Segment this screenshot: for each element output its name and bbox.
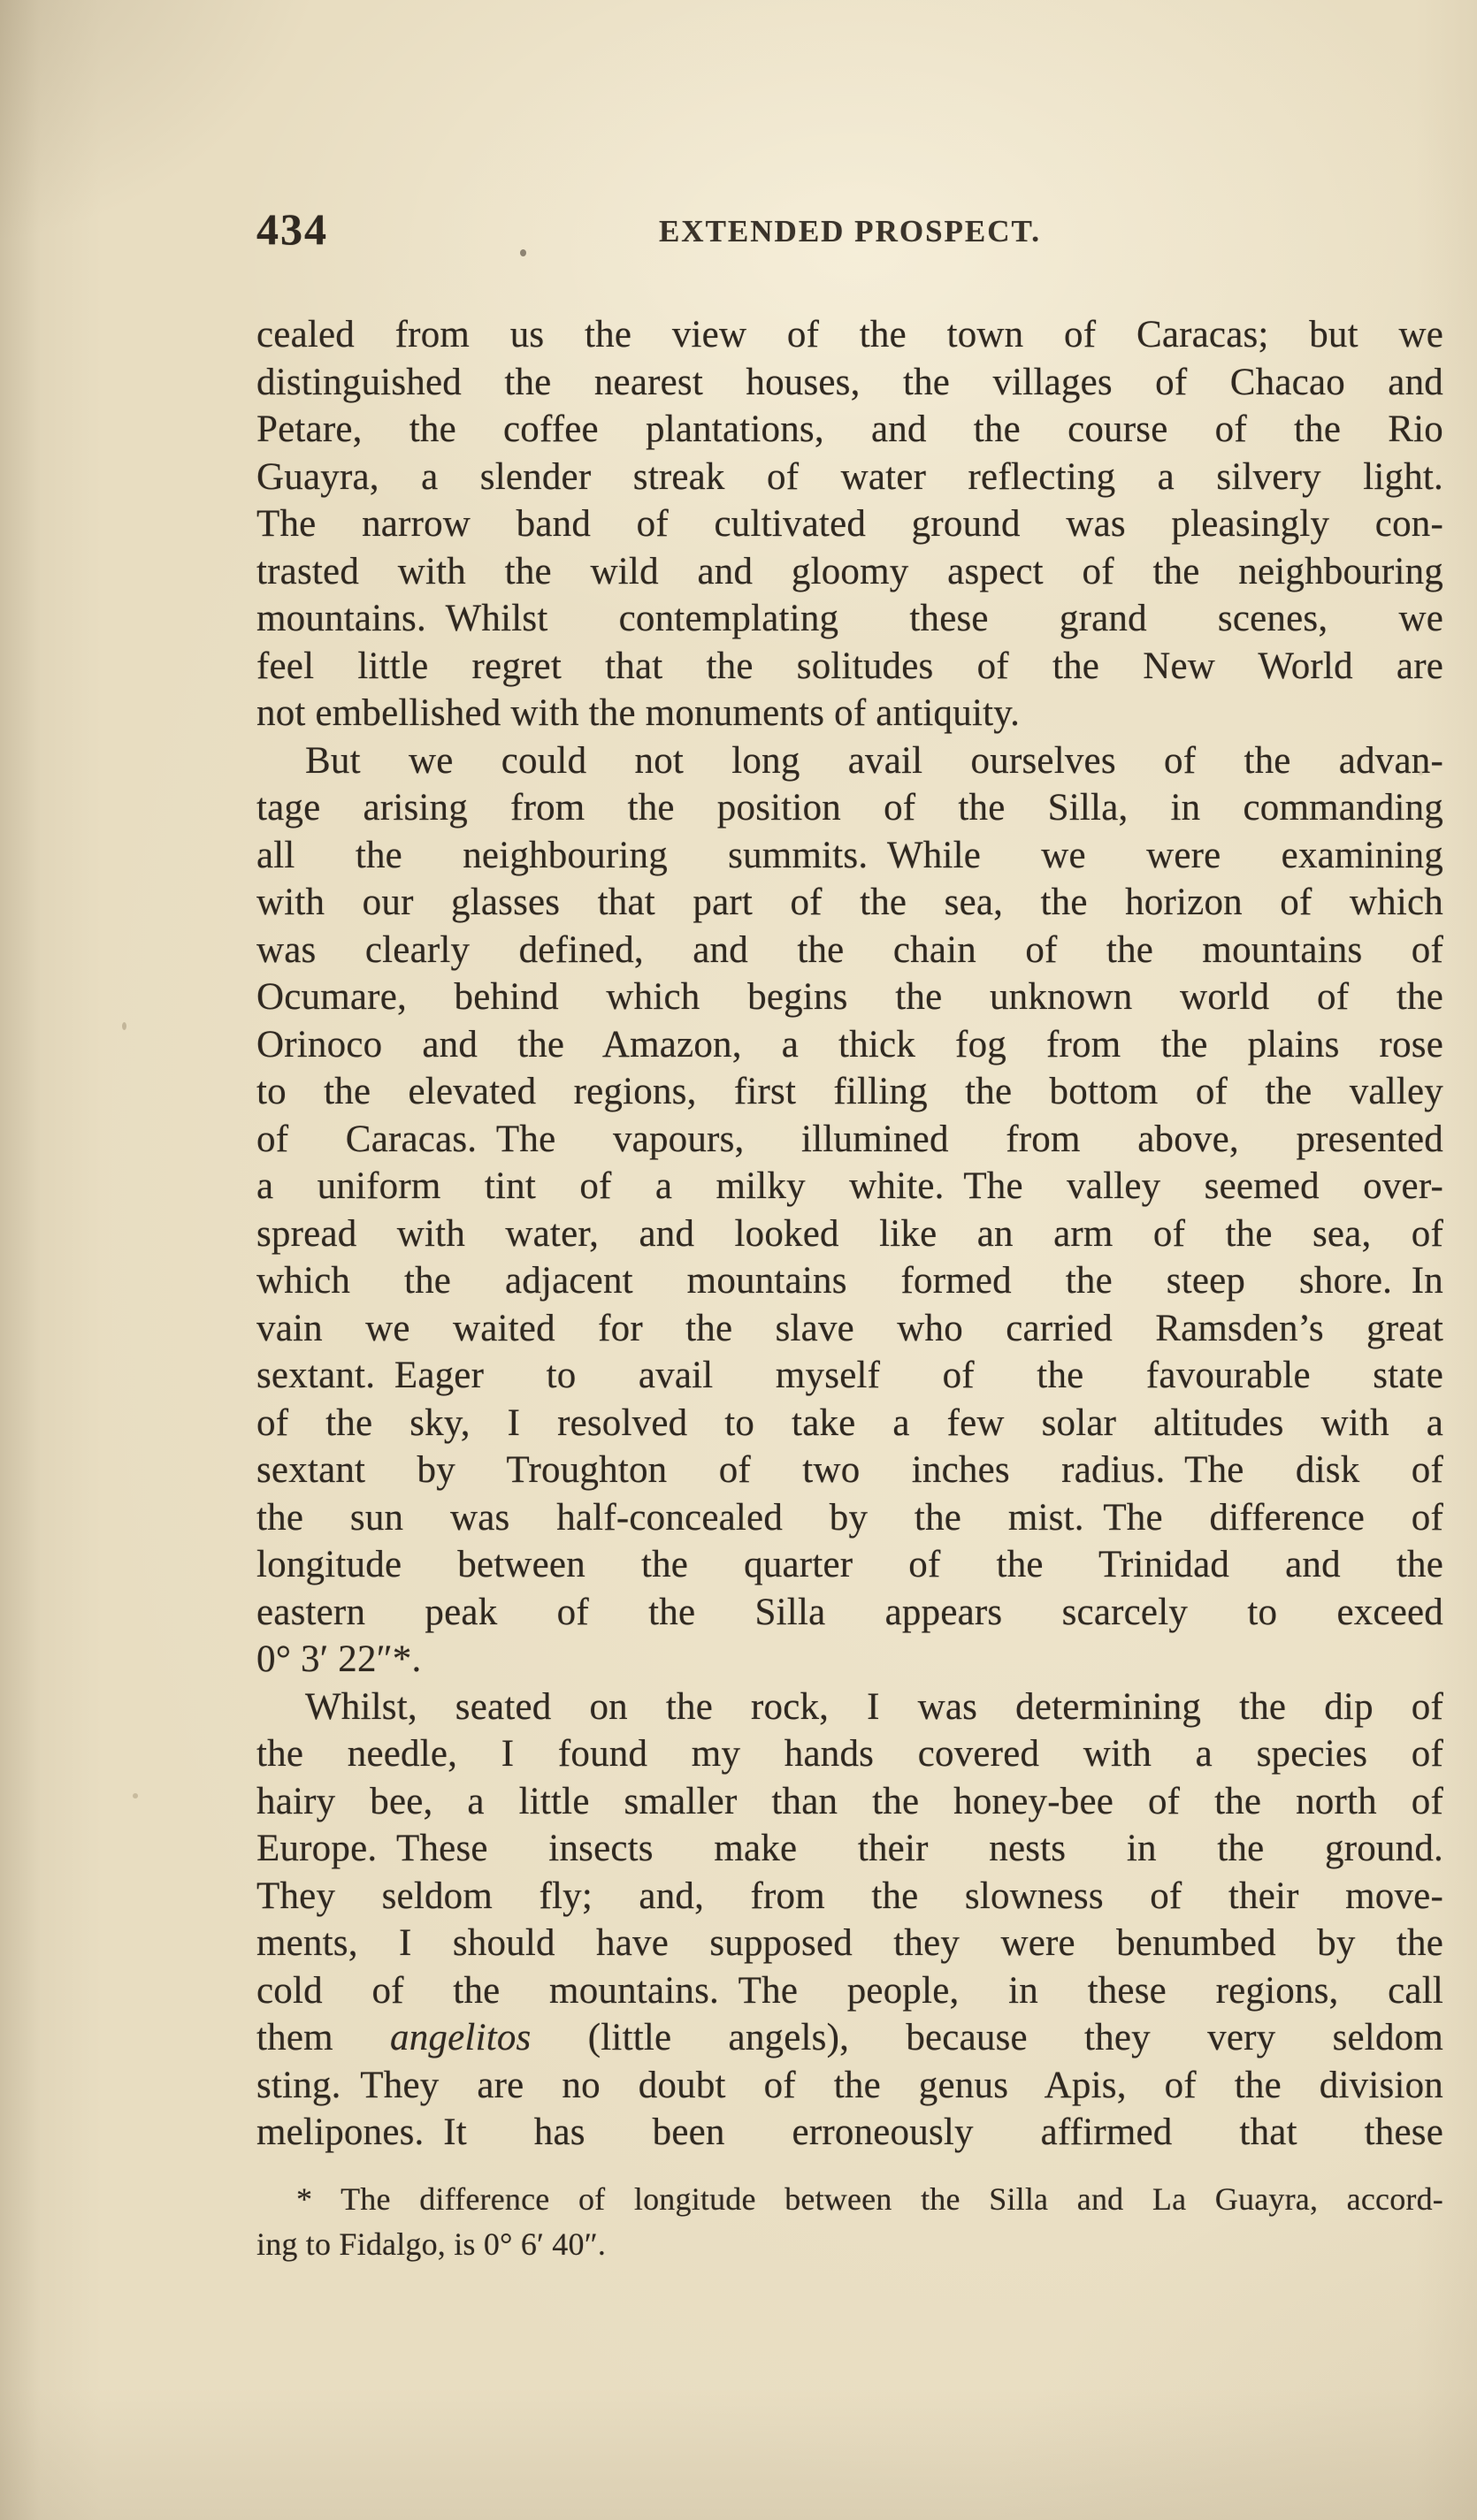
text-line: Petare, the coffee plantations, and the … [256, 406, 1443, 454]
text-segment: the sun was half-concealed by the mist. … [256, 1497, 1443, 1539]
text-segment: Ocumare, behind which begins the unknown… [256, 976, 1443, 1018]
text-line: to the elevated regions, first filling t… [256, 1068, 1443, 1116]
text-segment: sextant. Eager to avail myself of the fa… [256, 1355, 1443, 1396]
text-line: Whilst, seated on the rock, I was determ… [256, 1684, 1443, 1731]
text-line: cold of the mountains. The people, in th… [256, 1967, 1443, 2015]
text-line: 0° 3′ 22″*. [256, 1636, 1443, 1684]
text-line: all the neighbouring summits. While we w… [256, 832, 1443, 880]
text-segment: ing to Fidalgo, is 0° 6′ 40″. [256, 2226, 606, 2262]
text-segment: to the elevated regions, first filling t… [256, 1071, 1443, 1112]
text-segment: Europe. These insects make their nests i… [256, 1828, 1443, 1869]
text-line: The narrow band of cultivated ground was… [256, 500, 1443, 548]
text-line: But we could not long avail ourselves of… [256, 737, 1443, 785]
text-line: mountains. Whilst contemplating these gr… [256, 595, 1443, 643]
text-segment: of Caracas. The vapours, illumined from … [256, 1119, 1443, 1160]
text-segment: Guayra, a slender streak of water reflec… [256, 456, 1443, 498]
text-line: sextant by Troughton of two inches radiu… [256, 1447, 1443, 1494]
text-line: the sun was half-concealed by the mist. … [256, 1494, 1443, 1542]
text-segment: (little angels), because they very seldo… [532, 2017, 1444, 2058]
ink-speck [133, 1793, 138, 1798]
ink-speck [520, 249, 526, 256]
text-segment: cold of the mountains. The people, in th… [256, 1970, 1443, 2012]
text-line: Europe. These insects make their nests i… [256, 1825, 1443, 1873]
text-segment: tage arising from the position of the Si… [256, 787, 1443, 829]
text-segment: eastern peak of the Silla appears scarce… [256, 1592, 1443, 1633]
text-line: ing to Fidalgo, is 0° 6′ 40″. [256, 2222, 1443, 2267]
paragraph: But we could not long avail ourselves of… [256, 737, 1443, 1684]
text-line: Orinoco and the Amazon, a thick fog from… [256, 1021, 1443, 1069]
paragraph: cealed from us the view of the town of C… [256, 311, 1443, 737]
text-line: not embellished with the monuments of an… [256, 690, 1443, 737]
text-segment: 0° 3′ 22″*. [256, 1638, 421, 1680]
text-line: tage arising from the position of the Si… [256, 784, 1443, 832]
text-segment: mountains. Whilst contemplating these gr… [256, 598, 1443, 639]
text-segment: trasted with the wild and gloomy aspect … [256, 551, 1443, 592]
text-line: of the sky, I resolved to take a few sol… [256, 1400, 1443, 1447]
text-segment: Orinoco and the Amazon, a thick fog from… [256, 1024, 1443, 1065]
text-segment: which the adjacent mountains formed the … [256, 1260, 1443, 1302]
italic-text-segment: angelitos [390, 2017, 531, 2058]
text-line: a uniform tint of a milky white. The val… [256, 1163, 1443, 1210]
text-line: sextant. Eager to avail myself of the fa… [256, 1352, 1443, 1400]
text-segment: Whilst, seated on the rock, I was determ… [305, 1686, 1443, 1728]
text-segment: But we could not long avail ourselves of… [305, 740, 1443, 782]
text-segment: ments, I should have supposed they were … [256, 1922, 1443, 1964]
text-segment: with our glasses that part of the sea, t… [256, 882, 1443, 923]
text-line: They seldom fly; and, from the slowness … [256, 1873, 1443, 1921]
text-segment: spread with water, and looked like an ar… [256, 1213, 1443, 1255]
text-line: trasted with the wild and gloomy aspect … [256, 548, 1443, 596]
text-line: Ocumare, behind which begins the unknown… [256, 974, 1443, 1021]
running-head: EXTENDED PROSPECT. [256, 215, 1443, 248]
text-segment: sextant by Troughton of two inches radiu… [256, 1449, 1443, 1491]
text-segment: distinguished the nearest houses, the vi… [256, 362, 1443, 403]
text-line: Guayra, a slender streak of water reflec… [256, 454, 1443, 501]
text-line: of Caracas. The vapours, illumined from … [256, 1116, 1443, 1164]
text-line: sting. They are no doubt of the genus Ap… [256, 2062, 1443, 2110]
text-line: was clearly defined, and the chain of th… [256, 927, 1443, 974]
text-line: the needle, I found my hands covered wit… [256, 1730, 1443, 1778]
text-segment: not embellished with the monuments of an… [256, 692, 1020, 734]
text-line: spread with water, and looked like an ar… [256, 1210, 1443, 1258]
text-line: them angelitos (little angels), because … [256, 2014, 1443, 2062]
text-line: with our glasses that part of the sea, t… [256, 879, 1443, 927]
scanned-book-page: 434 EXTENDED PROSPECT. cealed from us th… [0, 0, 1477, 2520]
text-segment: cealed from us the view of the town of C… [256, 314, 1443, 355]
ink-speck [122, 1022, 126, 1030]
text-segment: the needle, I found my hands covered wit… [256, 1733, 1443, 1775]
text-line: * The difference of longitude between th… [256, 2177, 1443, 2222]
text-segment: longitude between the quarter of the Tri… [256, 1544, 1443, 1585]
text-line: melipones. It has been erroneously affir… [256, 2109, 1443, 2157]
text-segment: vain we waited for the slave who carried… [256, 1308, 1443, 1349]
text-segment: them [256, 2017, 390, 2058]
text-segment: feel little regret that the solitudes of… [256, 645, 1443, 687]
text-segment: hairy bee, a little smaller than the hon… [256, 1781, 1443, 1822]
text-line: distinguished the nearest houses, the vi… [256, 359, 1443, 407]
text-line: longitude between the quarter of the Tri… [256, 1541, 1443, 1589]
text-segment: The narrow band of cultivated ground was… [256, 503, 1443, 545]
text-segment: of the sky, I resolved to take a few sol… [256, 1402, 1443, 1444]
body-text: cealed from us the view of the town of C… [256, 311, 1443, 2157]
paragraph: Whilst, seated on the rock, I was determ… [256, 1684, 1443, 2157]
text-segment: melipones. It has been erroneously affir… [256, 2111, 1443, 2153]
text-line: cealed from us the view of the town of C… [256, 311, 1443, 359]
text-segment: Petare, the coffee plantations, and the … [256, 409, 1443, 450]
text-segment: They seldom fly; and, from the slowness … [256, 1875, 1443, 1917]
text-segment: * The difference of longitude between th… [296, 2181, 1443, 2217]
text-line: hairy bee, a little smaller than the hon… [256, 1778, 1443, 1826]
text-segment: all the neighbouring summits. While we w… [256, 835, 1443, 876]
text-line: vain we waited for the slave who carried… [256, 1305, 1443, 1353]
text-line: eastern peak of the Silla appears scarce… [256, 1589, 1443, 1637]
text-line: feel little regret that the solitudes of… [256, 643, 1443, 691]
text-segment: a uniform tint of a milky white. The val… [256, 1165, 1443, 1207]
text-line: ments, I should have supposed they were … [256, 1920, 1443, 1967]
footnote: * The difference of longitude between th… [256, 2177, 1443, 2267]
text-segment: sting. They are no doubt of the genus Ap… [256, 2065, 1443, 2106]
text-line: which the adjacent mountains formed the … [256, 1257, 1443, 1305]
text-segment: was clearly defined, and the chain of th… [256, 929, 1443, 971]
